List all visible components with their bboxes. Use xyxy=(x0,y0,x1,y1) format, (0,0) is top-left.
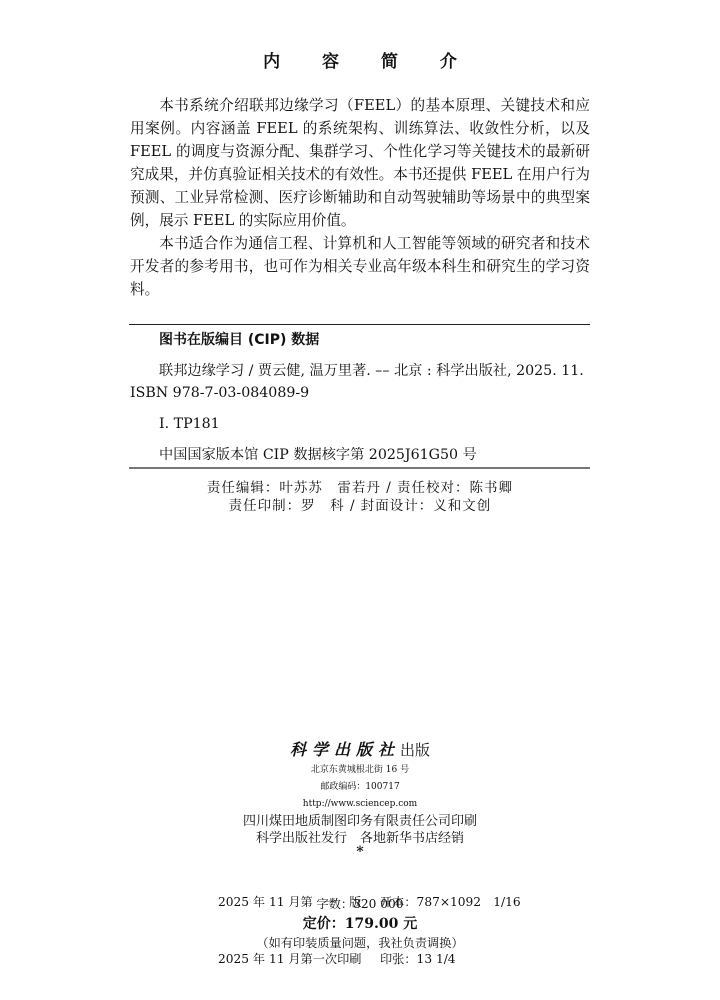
printer: 四川煤田地质制图印务有限责任公司印刷 xyxy=(0,813,720,830)
page-title: 内 容 简 介 xyxy=(0,47,720,72)
cip-entry-line: 联邦边缘学习 / 贾云健, 温万里著. –– 北京 : 科学出版社, 2025.… xyxy=(159,360,590,382)
cip-bottom-rule xyxy=(129,467,590,469)
printing: 2025 年 11 月第一次印刷 xyxy=(218,950,380,969)
summary-paragraph: 本书系统介绍联邦边缘学习（FEEL）的基本原理、关键技术和应用案例。内容涵盖 F… xyxy=(130,94,590,232)
cip-section: 图书在版编目 (CIP) 数据 联邦边缘学习 / 贾云健, 温万里著. –– 北… xyxy=(130,329,590,466)
cip-isbn: ISBN 978-7-03-084089-9 xyxy=(130,382,590,404)
cip-top-rule xyxy=(129,324,590,325)
publisher-line: 科学出版社出版 xyxy=(0,738,720,762)
credits-production: 责任印制：罗 科 / 封面设计：义和文创 xyxy=(0,497,720,515)
publisher-website: http://www.sciencep.com xyxy=(0,796,720,813)
credits: 责任编辑：叶苏苏 雷若丹 / 责任校对：陈书卿 责任印制：罗 科 / 封面设计：… xyxy=(0,479,720,515)
word-count: 字数：320 000 xyxy=(0,895,720,913)
price: 定价：179.00 元 xyxy=(0,914,720,934)
summary-paragraph: 本书适合作为通信工程、计算机和人工智能等领域的研究者和技术开发者的参考用书，也可… xyxy=(130,232,590,301)
quality-note: （如有印装质量问题，我社负责调换） xyxy=(0,934,720,952)
credits-editors: 责任编辑：叶苏苏 雷若丹 / 责任校对：陈书卿 xyxy=(0,479,720,497)
publisher-address: 北京东黄城根北街 16 号 xyxy=(0,762,720,779)
publish-suffix: 出版 xyxy=(400,741,430,759)
publisher-block: 科学出版社出版 北京东黄城根北街 16 号 邮政编码：100717 http:/… xyxy=(0,738,720,857)
publisher-postcode: 邮政编码：100717 xyxy=(0,779,720,796)
cip-classification: I. TP181 xyxy=(159,413,590,435)
cip-title: 图书在版编目 (CIP) 数据 xyxy=(159,329,590,351)
cip-number: 中国国家版本馆 CIP 数据核字第 2025J61G50 号 xyxy=(159,444,590,466)
publisher-logo: 科学出版社 xyxy=(290,740,400,759)
summary-section: 本书系统介绍联邦边缘学习（FEEL）的基本原理、关键技术和应用案例。内容涵盖 F… xyxy=(130,94,590,301)
specs-row: 2025 年 11 月第一次印刷印张：13 1/4 xyxy=(218,950,518,969)
sheets: 印张：13 1/4 xyxy=(380,950,456,969)
